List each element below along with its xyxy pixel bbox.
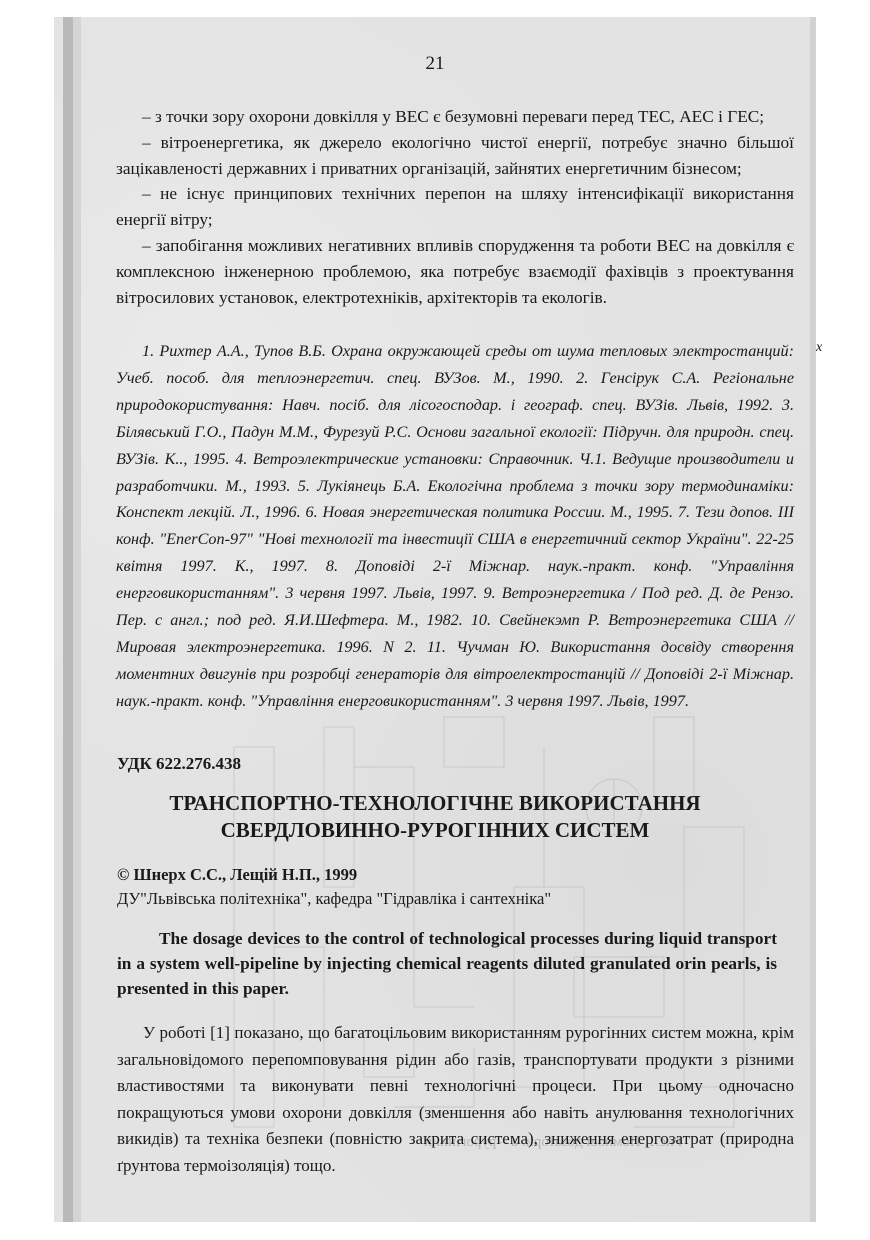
conclusion-bullets: – з точки зору охорони довкілля у ВЕС є … [116, 104, 794, 310]
page-right-edge [810, 17, 816, 1222]
scanned-page: Рис.1. Помпові дозатори: а – рурогінний … [54, 17, 816, 1222]
book-spine-highlight [73, 17, 81, 1222]
bullet-item: – вітроенергетика, як джерело екологічно… [116, 130, 794, 182]
bullet-item: – не існує принципових технічних перепон… [116, 181, 794, 233]
article-abstract: The dosage devices to the control of tec… [117, 926, 777, 1001]
bullet-item: – з точки зору охорони довкілля у ВЕС є … [116, 104, 794, 130]
article-title: ТРАНСПОРТНО-ТЕХНОЛОГІЧНЕ ВИКОРИСТАННЯ СВ… [54, 790, 816, 844]
article-intro-paragraph: У роботі [1] показано, що багатоцільовим… [117, 1020, 794, 1179]
article-title-line-2: СВЕРДЛОВИННО-РУРОГІННИХ СИСТЕМ [221, 818, 650, 842]
reference-list: 1. Рихтер А.А., Тупов В.Б. Охрана окружа… [116, 338, 794, 715]
article-title-line-1: ТРАНСПОРТНО-ТЕХНОЛОГІЧНЕ ВИКОРИСТАННЯ [169, 791, 700, 815]
page-number: 21 [54, 53, 816, 75]
book-spine-shadow [63, 17, 73, 1222]
udc-code: УДК 622.276.438 [117, 754, 241, 774]
article-affiliation: ДУ"Львівська політехніка", кафедра "Гідр… [117, 889, 551, 909]
margin-mark: x [816, 340, 822, 356]
bullet-item: – запобігання можливих негативних впливі… [116, 233, 794, 310]
article-authors: © Шнерх С.С., Лещій Н.П., 1999 [117, 865, 357, 885]
